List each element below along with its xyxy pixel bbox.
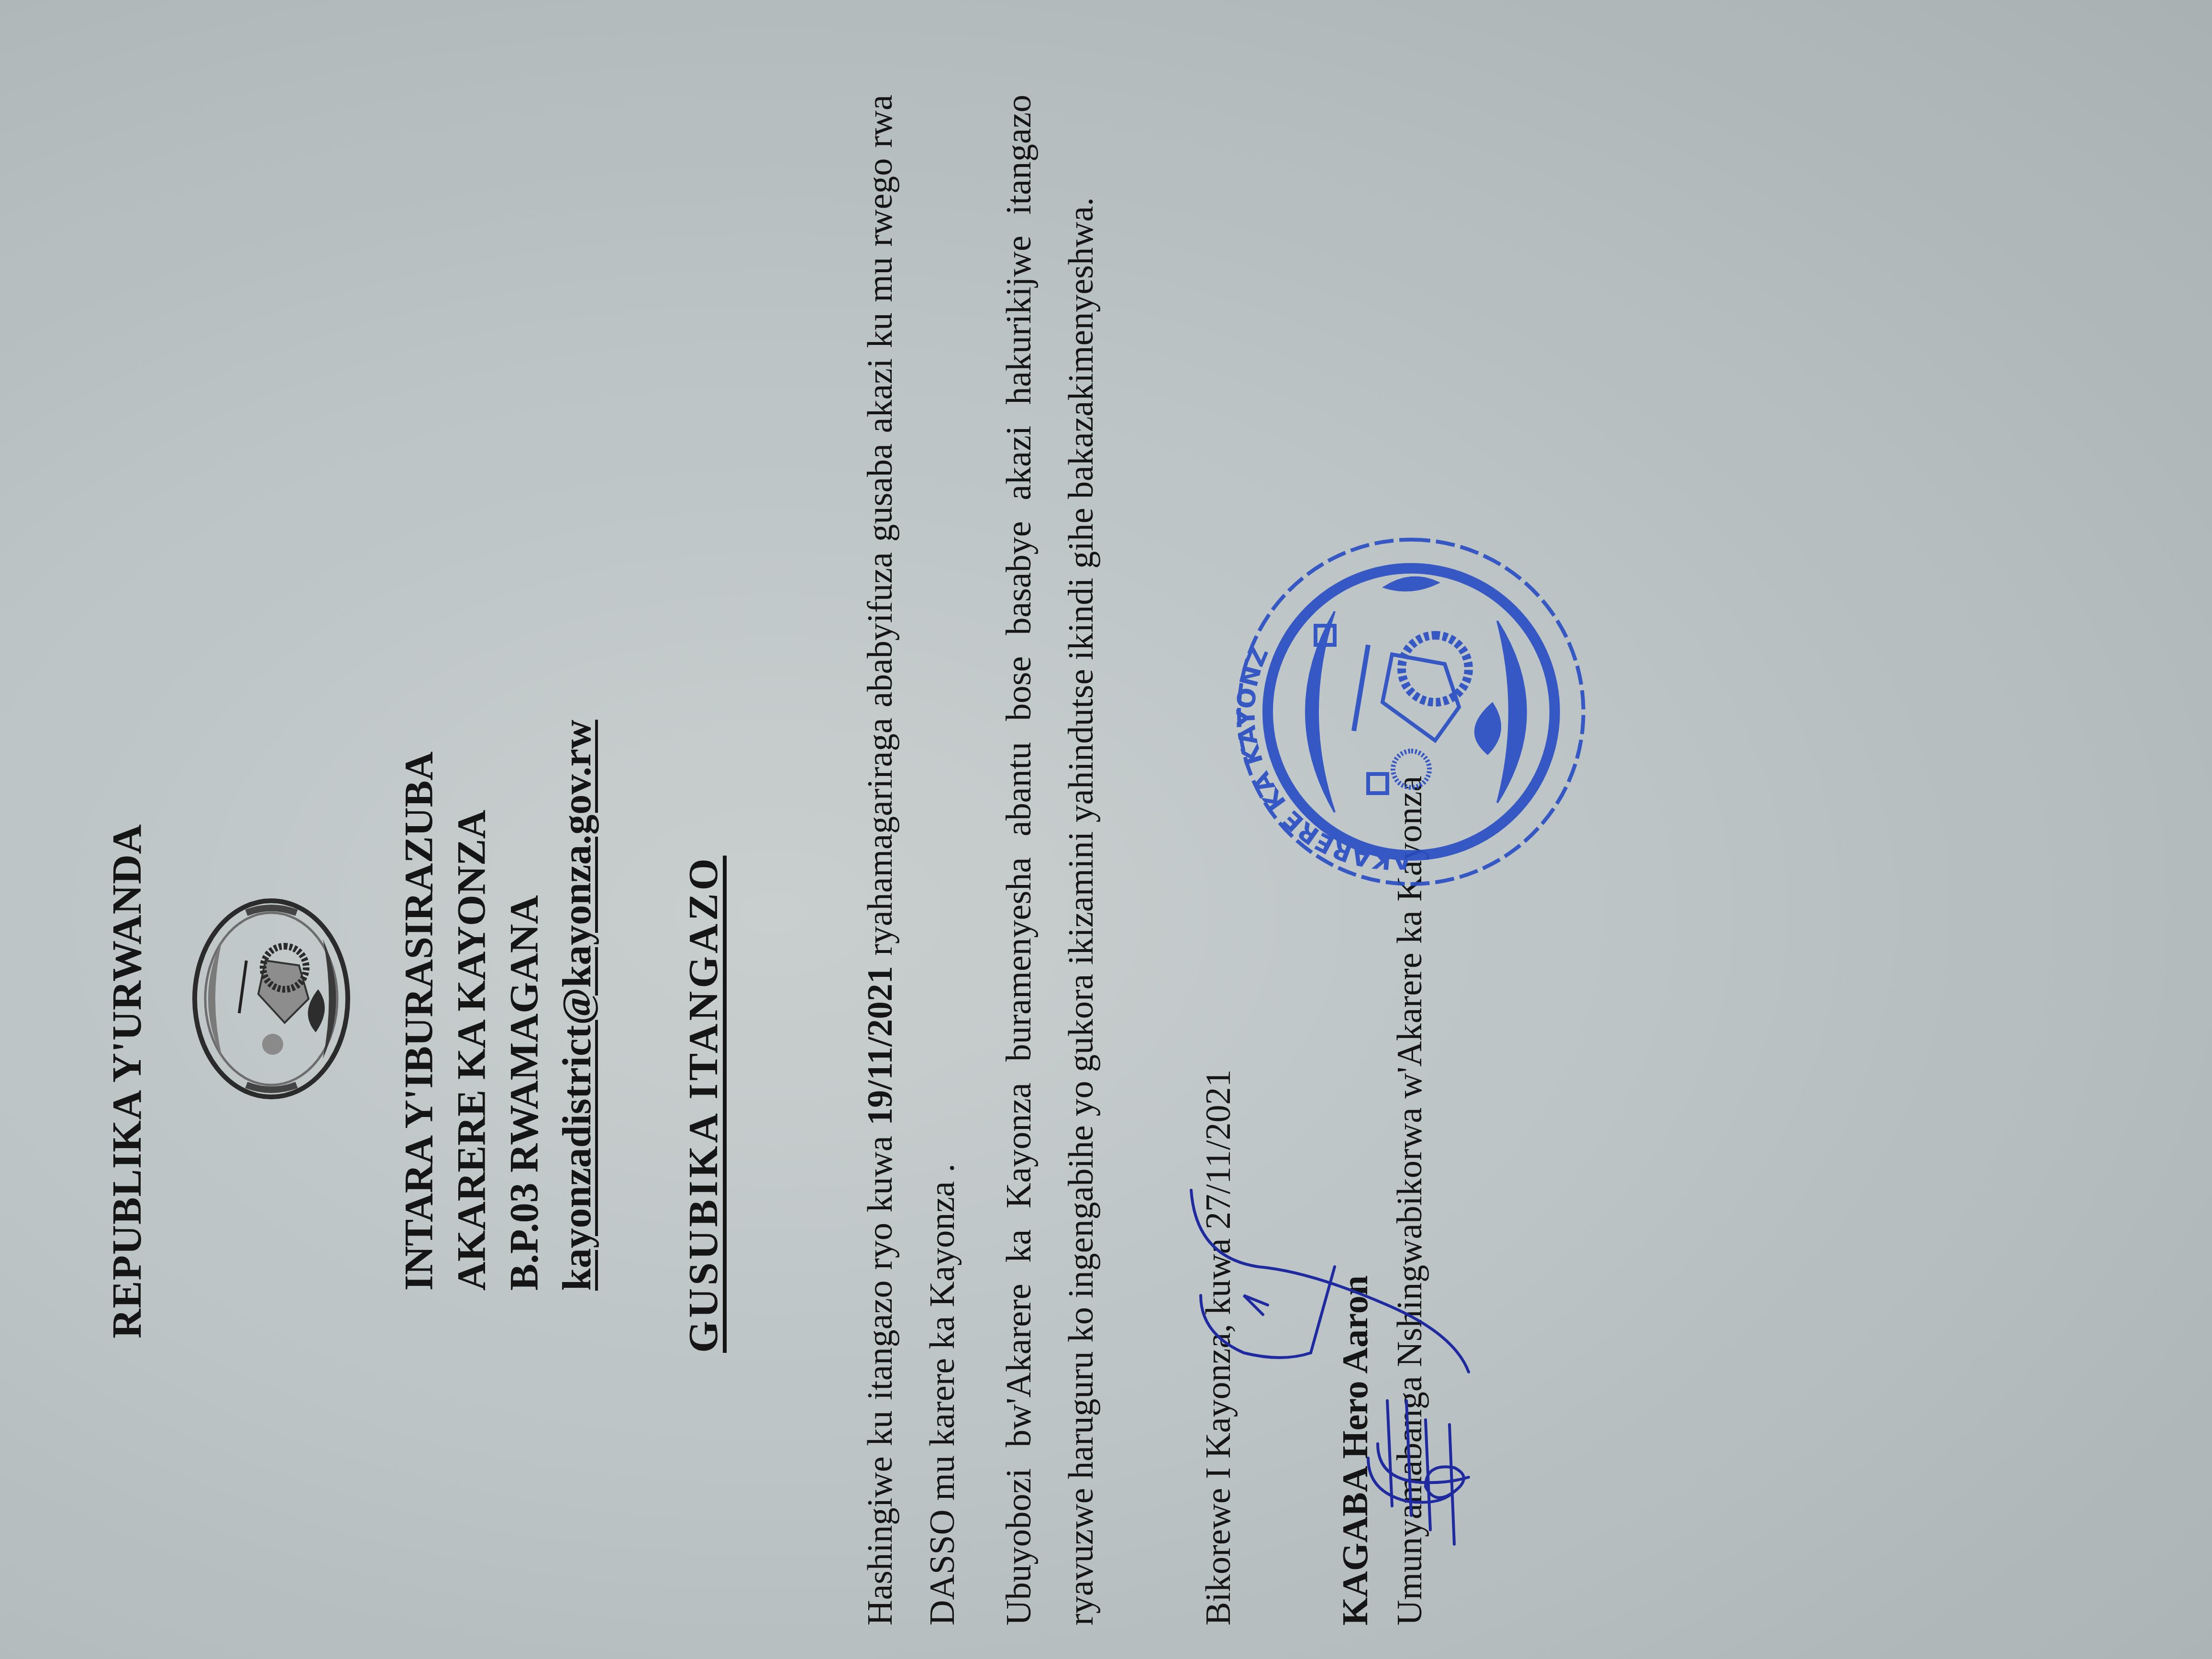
rwanda-coat-of-arms-icon — [189, 894, 354, 1104]
country-heading: REPUBLIKA Y'URWANDA — [103, 824, 151, 1338]
official-stamp-icon: AKARERE KA KAYONZA — [1210, 511, 1593, 913]
document-title: GUSUBIKA ITANGAZO — [679, 856, 727, 1353]
handwritten-signature-icon — [1186, 1171, 1473, 1602]
address-email-link[interactable]: kayonzadistrict@kayonza.gov.rw — [557, 720, 597, 1291]
paragraph-2: Ubuyobozi bw'Akarere ka Kayonza burameny… — [988, 95, 1112, 1626]
address-district: AKARERE KA KAYONZA — [452, 810, 492, 1291]
address-po-box: B.P.03 RWAMAGANA — [505, 895, 545, 1291]
paragraph-1-intro: Hashingiwe ku itangazo ryo kuwa — [861, 1125, 900, 1626]
address-province: INTARA Y'IBURASIRAZUBA — [399, 752, 440, 1291]
paragraph-1-date: 19/11/2021 — [861, 966, 900, 1125]
paragraph-1: Hashingiwe ku itangazo ryo kuwa 19/11/20… — [849, 95, 973, 1626]
document-photo: REPUBLIKA Y'URWANDA INTARA Y'IBURASIRAZU… — [0, 0, 2212, 1659]
announcement-document: REPUBLIKA Y'URWANDA INTARA Y'IBURASIRAZU… — [0, 0, 2212, 1659]
